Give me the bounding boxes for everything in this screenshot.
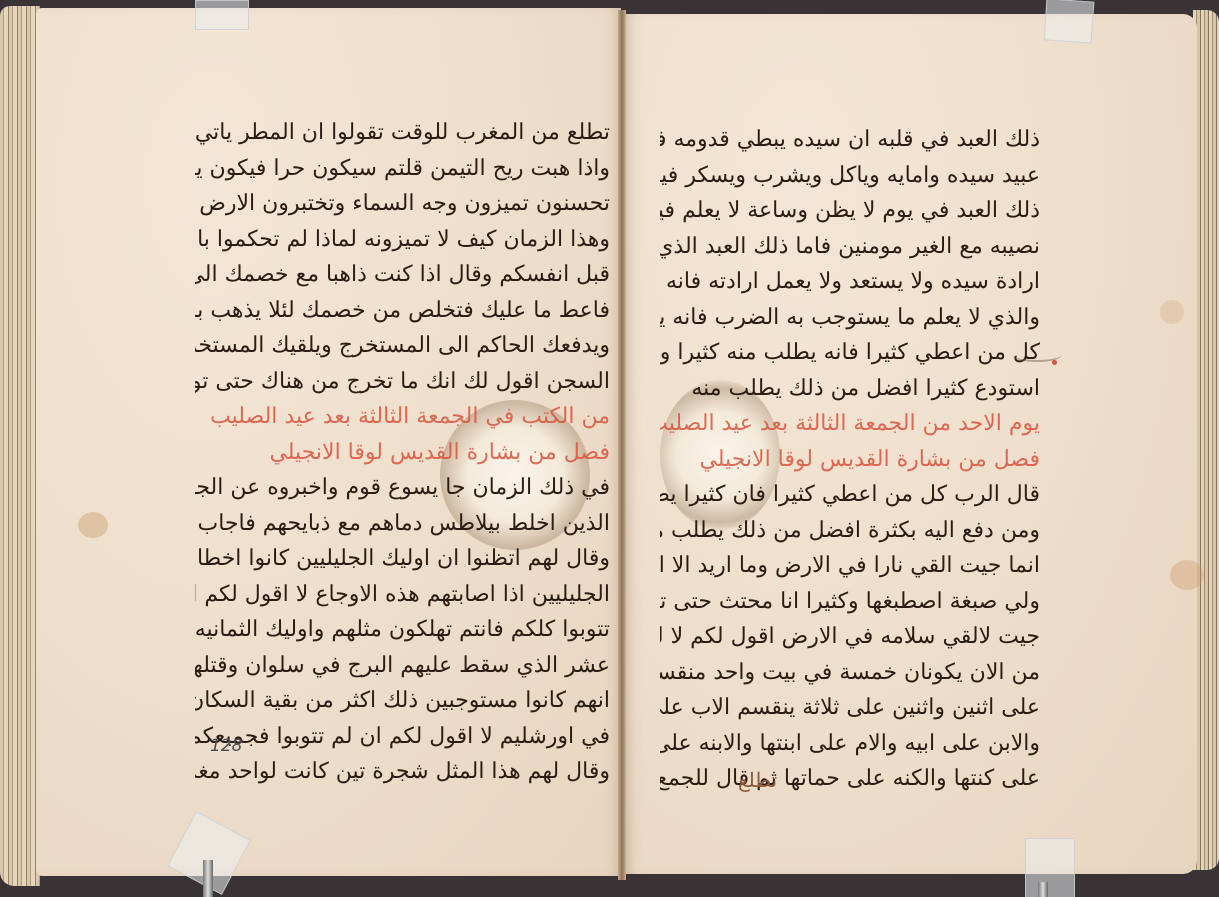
text-line: فاعط ما عليك فتخلص من خصمك لئلا يذهب بك …: [195, 293, 610, 329]
left-text-block: تطلع من المغرب للوقت تقولوا ان المطر يات…: [195, 115, 610, 790]
text-line: على كنتها والكنه على حماتها ثم قال للجمع…: [660, 761, 1040, 797]
rubric-heading: فصل من بشارة القديس لوقا الانجيلي: [660, 442, 1040, 478]
text-line: ارادة سيده ولا يستعد ولا يعمل ارادته فان…: [660, 264, 1040, 300]
text-line: انهم كانوا مستوجبين ذلك اكثر من بقية الس…: [195, 683, 610, 719]
manuscript-photo: تطلع من المغرب للوقت تقولوا ان المطر يات…: [0, 0, 1219, 897]
text-line: ولي صبغة اصطبغها وكثيرا انا محتث حتى تتم…: [660, 584, 1040, 620]
tape-strip: [195, 0, 249, 30]
text-line: الذين اخلط بيلاطس دماهم مع ذبايحهم فاجاب…: [195, 506, 610, 542]
stain: [78, 512, 108, 538]
text-line: في ذلك الزمان جا يسوع قوم واخبروه عن الج…: [195, 470, 610, 506]
text-line: وقال لهم هذا المثل شجرة تين كانت لواحد م…: [195, 754, 610, 790]
text-line: كل من اعطي كثيرا فانه يطلب منه كثيرا ومن: [660, 335, 1040, 371]
text-line: جيت لالقي سلامه في الارض اقول لكم لا لكن…: [660, 619, 1040, 655]
text-line: ومن دفع اليه بكثرة افضل من ذلك يطلب منه: [660, 513, 1040, 549]
text-line: قال الرب كل من اعطي كثيرا فان كثيرا يطلب…: [660, 477, 1040, 513]
catchword: تطلع: [738, 768, 777, 792]
stain: [1170, 560, 1204, 590]
text-line: السجن اقول لك انك ما تخرج من هناك حتى تو…: [195, 364, 610, 400]
text-line: عبيد سيده وامايه وياكل ويشرب ويسكر فياتي…: [660, 158, 1040, 194]
holding-pin: [203, 860, 213, 897]
rubric-heading: فصل من بشارة القديس لوقا الانجيلي: [195, 435, 610, 471]
rubric-line: يوم الاحد من الجمعة الثالثة بعد عيد الصل…: [660, 406, 1040, 442]
text-line: استودع كثيرا افضل من ذلك يطلب منه: [660, 371, 1040, 407]
text-line: الجليليين اذا اصابتهم هذه الاوجاع لا اقو…: [195, 577, 610, 613]
text-line: انما جيت القي نارا في الارض وما اريد الا…: [660, 548, 1040, 584]
text-line: تطلع من المغرب للوقت تقولوا ان المطر يات…: [195, 115, 610, 151]
text-line: ذلك العبد في يوم لا يظن وساعة لا يعلم في…: [660, 193, 1040, 229]
rubric-line: من الكتب في الجمعة الثالثة بعد عيد الصلي…: [195, 399, 610, 435]
text-line: قبل انفسكم وقال اذا كنت ذاهبا مع خصمك ال…: [195, 257, 610, 293]
text-line: وهذا الزمان كيف لا تميزونه لماذا لم تحكم…: [195, 222, 610, 258]
text-line: عشر الذي سقط عليهم البرج في سلوان وقتلهم…: [195, 648, 610, 684]
text-line: ذلك العبد في قلبه ان سيده يبطي قدومه فيب…: [660, 122, 1040, 158]
text-line: نصيبه مع الغير مومنين فاما ذلك العبد الذ…: [660, 229, 1040, 265]
stain: [1160, 300, 1184, 324]
text-line: ويدفعك الحاكم الى المستخرج ويلقيك المستخ…: [195, 328, 610, 364]
rubric-dot: [1052, 360, 1057, 365]
holding-pin: [1038, 882, 1048, 897]
text-line: واذا هبت ريح التيمن قلتم سيكون حرا فيكون…: [195, 151, 610, 187]
text-line: تحسنون تميزون وجه السماء وتختبرون الارض: [195, 186, 610, 222]
tape-strip: [1044, 0, 1095, 44]
text-line: والذي لا يعلم ما يستوجب به الضرب فانه يض…: [660, 300, 1040, 336]
text-line: تتوبوا كلكم فانتم تهلكون مثلهم واوليك ال…: [195, 612, 610, 648]
book-gutter: [618, 10, 626, 880]
text-line: من الان يكونان خمسة في بيت واحد منقسمين …: [660, 655, 1040, 691]
right-text-block: ذلك العبد في قلبه ان سيده يبطي قدومه فيب…: [660, 122, 1040, 797]
text-line: في اورشليم لا اقول لكم ان لم تتوبوا فجمي…: [195, 719, 610, 755]
text-line: والابن على ابيه والام على ابنتها والابنه…: [660, 726, 1040, 762]
text-line: على اثنين واثنين على ثلاثة ينقسم الاب عل…: [660, 690, 1040, 726]
left-page-edges: [0, 6, 40, 886]
tape-strip: [1025, 838, 1075, 897]
folio-number: 128: [210, 736, 242, 756]
text-line: وقال لهم اتظنوا ان اوليك الجليليين كانوا…: [195, 541, 610, 577]
